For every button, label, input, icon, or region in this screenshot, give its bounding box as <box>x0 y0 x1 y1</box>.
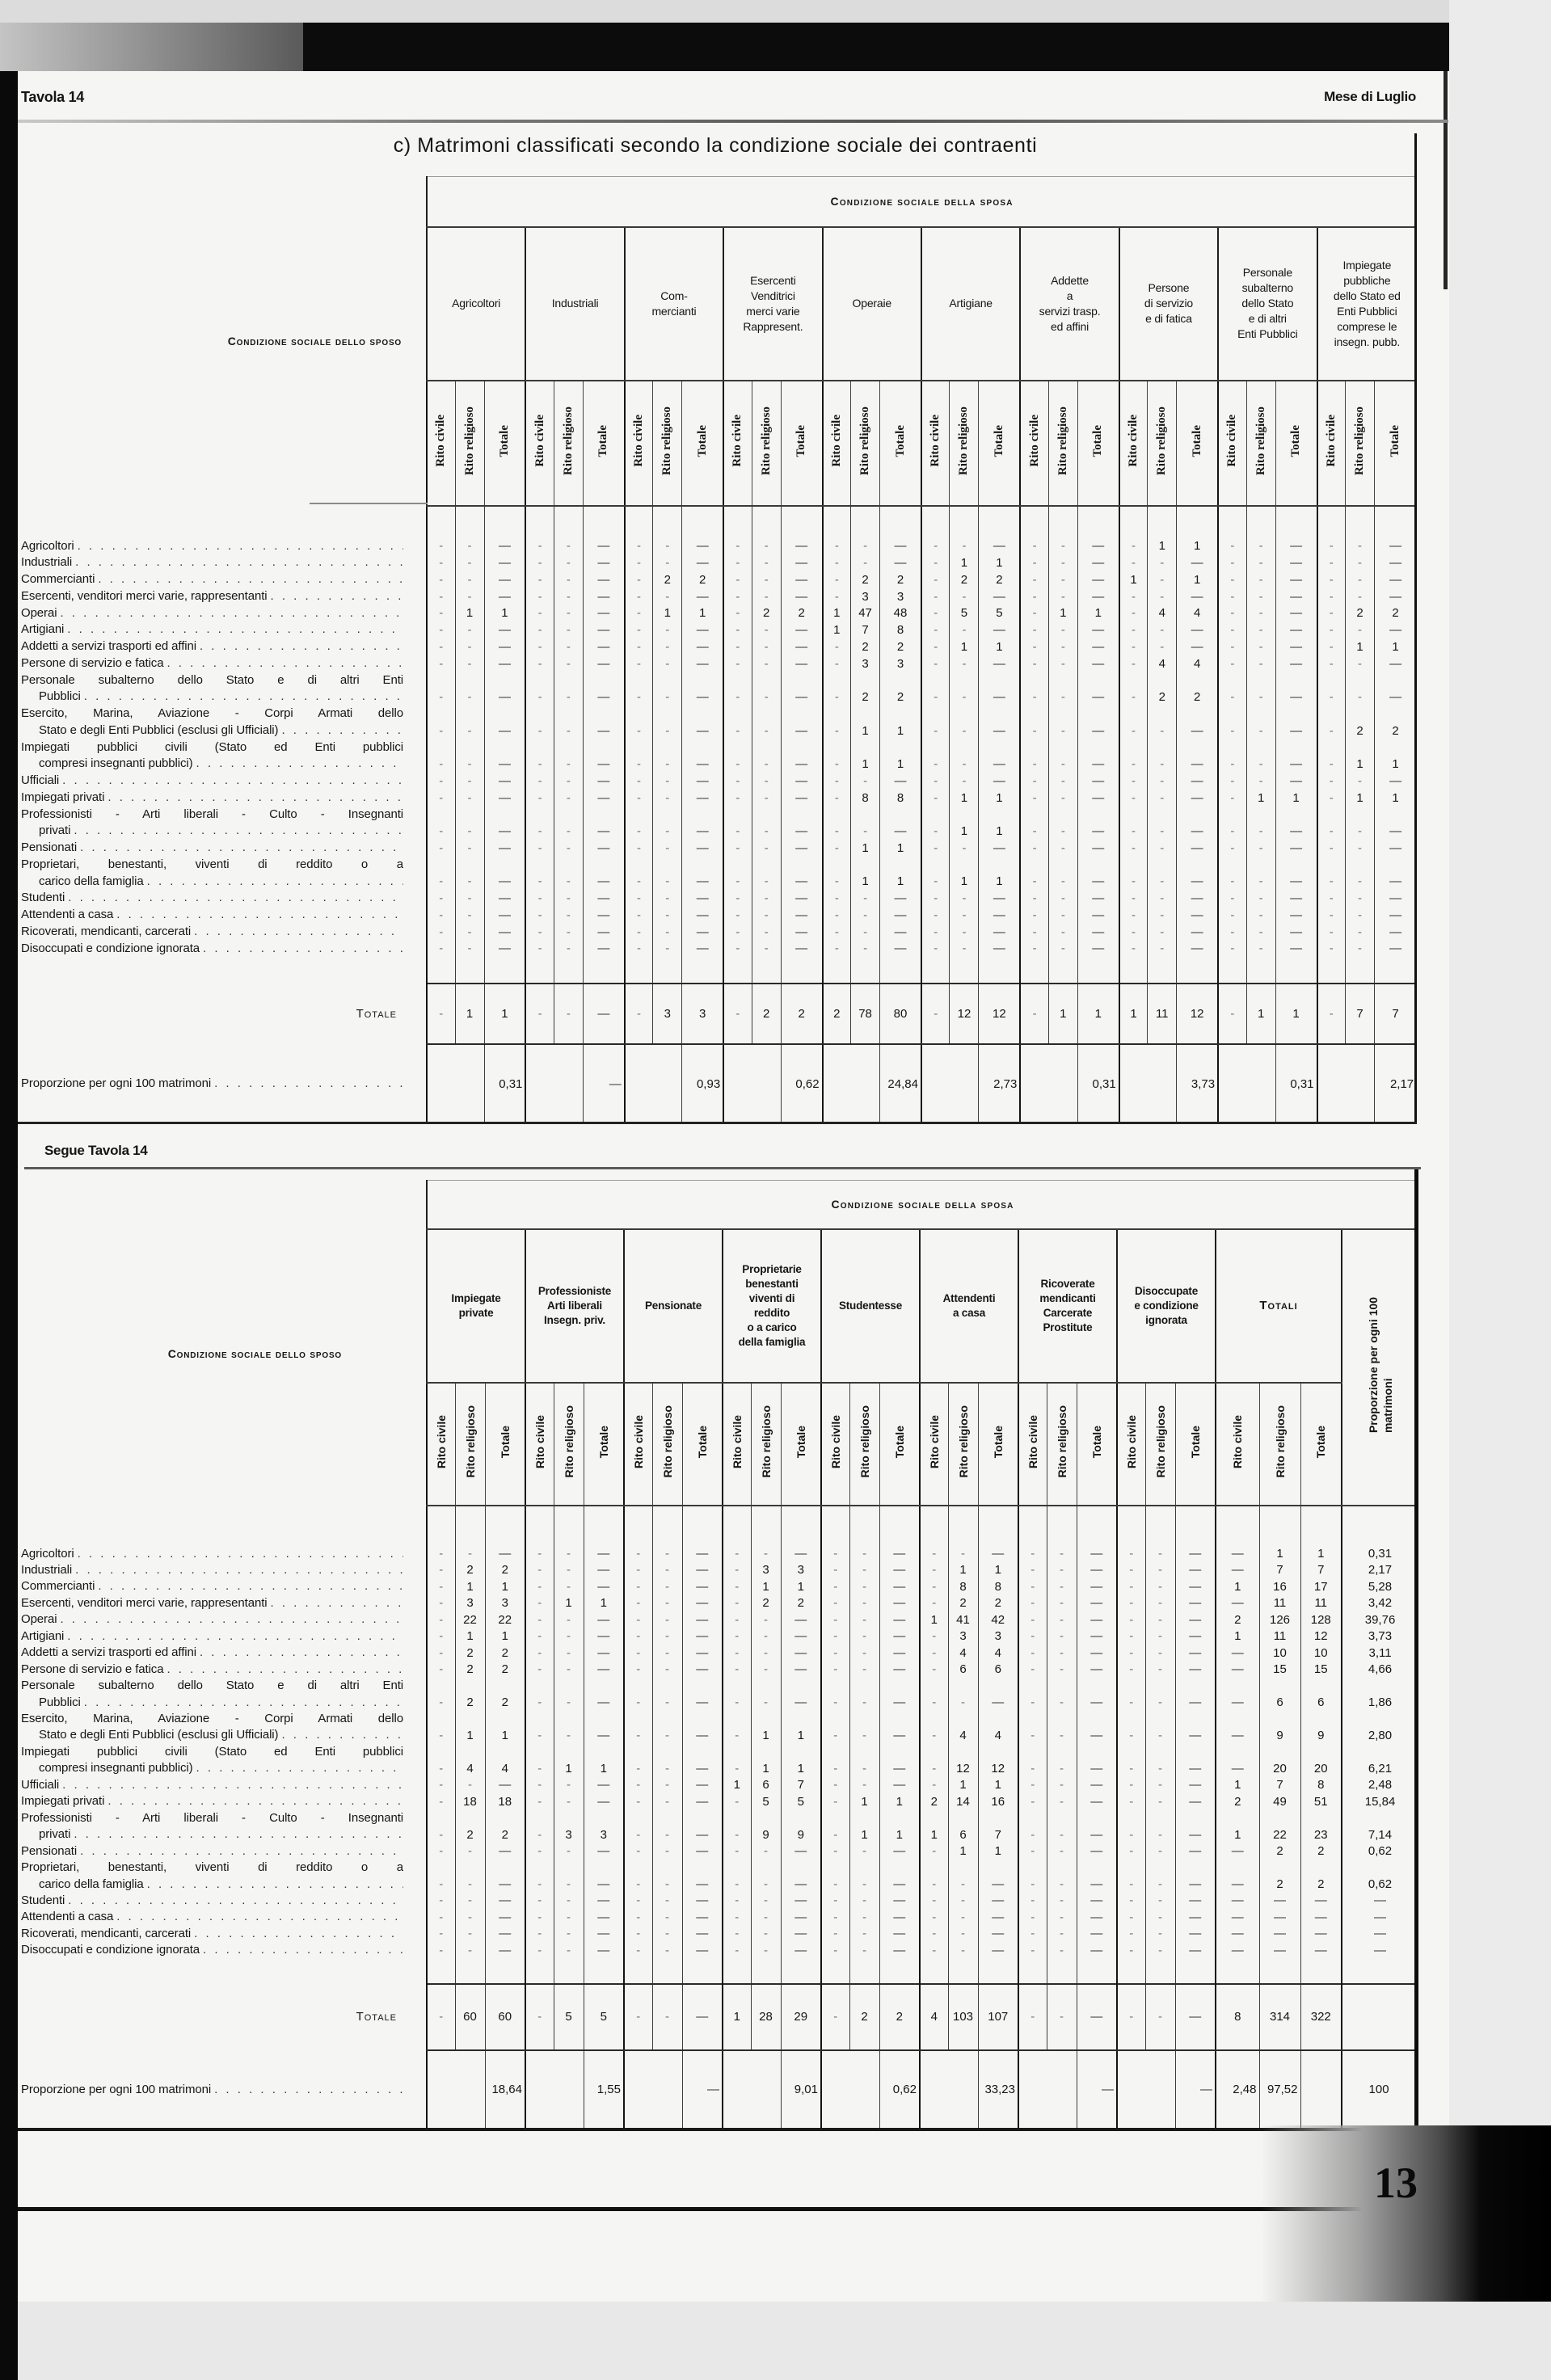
cell-rito-religioso: - <box>950 706 979 739</box>
cell-rito-religioso: - <box>455 890 484 907</box>
cell-totale: — <box>583 924 624 941</box>
cell-totale: — <box>682 1711 723 1744</box>
cell-totale: 3 <box>880 588 921 605</box>
cell-rito-religioso: - <box>652 1909 682 1925</box>
row-label-text: Industriali <box>21 1562 72 1578</box>
cell-rito-civile: - <box>823 638 851 655</box>
cell-totale: — <box>584 1562 624 1578</box>
cell-totale: — <box>879 1562 920 1578</box>
cell-totale: — <box>682 1678 723 1711</box>
cell-totale: — <box>781 1893 821 1909</box>
cell-spacer <box>1177 506 1218 538</box>
cell-rito-religioso: - <box>751 1611 781 1628</box>
cell-rito-religioso: - <box>1047 1777 1077 1793</box>
cell-totale: — <box>584 1711 624 1744</box>
cell-rito-religioso: - <box>653 807 682 840</box>
cell-totale: 12 <box>978 1744 1018 1777</box>
cell-rito-civile: - <box>920 1562 948 1578</box>
row-label-line: privati <box>21 823 403 840</box>
subheader-rito-civile: Rito civile <box>625 381 653 506</box>
cell-rito-civile: - <box>1117 1595 1145 1611</box>
cell-totale: — <box>781 1942 821 1958</box>
row-proportion: — <box>1342 1893 1418 1909</box>
cell-rito-civile: - <box>823 706 851 739</box>
column-group-header: Proprietarie benestanti viventi di reddi… <box>723 1229 821 1383</box>
cell-totale: — <box>879 1595 920 1611</box>
total-cell-rito-religioso: - <box>652 1984 682 2050</box>
total-cell-totale: — <box>682 1984 723 2050</box>
cell-rito-civile: - <box>1317 857 1346 891</box>
row-total-rito-civile: 1 <box>1216 1578 1259 1594</box>
cell-totale: 9 <box>781 1810 821 1843</box>
cell-totale: — <box>1077 890 1119 907</box>
cell-spacer <box>1259 1506 1300 1546</box>
cell-totale: — <box>979 840 1020 857</box>
cell-rito-religioso: - <box>554 588 583 605</box>
subheader-rito-religioso: Rito religioso <box>455 381 484 506</box>
row-label-line: Esercito, Marina, Aviazione - Corpi Arma… <box>21 1711 403 1727</box>
cell-rito-religioso: 4 <box>948 1645 978 1661</box>
cell-rito-civile: - <box>1117 1810 1145 1843</box>
row-label-text: Impiegati pubblici civili (Stato ed Enti… <box>21 1745 403 1759</box>
cell-rito-civile: - <box>821 1744 849 1777</box>
cell-rito-civile: - <box>427 554 455 571</box>
scan-dark-corner <box>1261 2125 1551 2302</box>
subheader-rito-civile: Rito civile <box>821 1383 849 1506</box>
row-label-line: Agricoltori <box>21 1546 403 1562</box>
cell-rito-civile: - <box>624 1744 652 1777</box>
cell-rito-civile: - <box>1119 840 1148 857</box>
scan-top-shadow <box>0 23 303 71</box>
table-top-container: Condizione sociale dello sposoCondizione… <box>16 176 1416 1123</box>
column-group-header: Industriali <box>525 227 624 381</box>
total-cell-rito-religioso: 60 <box>455 1984 485 2050</box>
cell-rito-religioso: - <box>851 907 880 924</box>
cell-rito-religioso: - <box>455 739 484 773</box>
cell-totale: — <box>682 1595 723 1611</box>
cell-rito-civile: - <box>525 1909 554 1925</box>
cell-rito-religioso: - <box>1148 840 1177 857</box>
cell-rito-religioso: - <box>1346 621 1375 638</box>
cell-rito-religioso: - <box>653 538 682 555</box>
cell-rito-civile: - <box>1317 605 1346 622</box>
cell-rito-religioso: - <box>554 1893 584 1909</box>
total-cell-totale: 1 <box>1275 984 1317 1044</box>
cell-rito-religioso: - <box>1048 554 1077 571</box>
subheader-text: Totale <box>992 1426 1005 1458</box>
cell-spacer <box>879 1506 920 1546</box>
cell-rito-civile: - <box>427 807 455 840</box>
cell-rito-civile: - <box>624 1926 652 1942</box>
cell-totale: — <box>781 1645 821 1661</box>
cell-rito-religioso: 5 <box>751 1793 781 1809</box>
cell-spacer <box>851 506 880 538</box>
cell-rito-civile: - <box>625 538 653 555</box>
cell-rito-civile: - <box>723 571 752 588</box>
cell-rito-religioso: - <box>455 941 484 958</box>
group-label: Professioniste Arti liberali Insegn. pri… <box>538 1285 611 1326</box>
proportion-cell: — <box>1077 2050 1117 2129</box>
cell-totale: — <box>682 890 723 907</box>
cell-totale: 42 <box>978 1611 1018 1628</box>
row-proportion: 2,48 <box>1342 1777 1418 1793</box>
proportion-blank <box>1317 1044 1375 1123</box>
proportion-blank <box>624 2050 682 2129</box>
cell-rito-civile: - <box>625 857 653 891</box>
cell-rito-civile: - <box>427 1628 455 1645</box>
cell-totale: — <box>484 907 525 924</box>
cell-rito-civile: - <box>823 790 851 807</box>
cell-spacer <box>1020 506 1048 538</box>
cell-totale: — <box>682 672 723 706</box>
row-label-line: Ufficiali <box>21 1777 403 1793</box>
cell-rito-civile: - <box>525 1860 554 1893</box>
cell-spacer <box>723 1959 751 1984</box>
cell-spacer <box>1300 1959 1342 1984</box>
cell-spacer <box>1342 1959 1418 1984</box>
cell-rito-religioso: 6 <box>751 1777 781 1793</box>
cell-totale: 1 <box>1375 790 1417 807</box>
cell-rito-religioso: - <box>1047 1793 1077 1809</box>
cell-rito-religioso: - <box>1047 1578 1077 1594</box>
cell-totale: — <box>584 1893 624 1909</box>
cell-rito-religioso: - <box>849 1645 879 1661</box>
stub-header: Condizione sociale dello sposo <box>16 1181 427 1506</box>
cell-rito-civile: - <box>1018 1578 1047 1594</box>
cell-totale: — <box>583 857 624 891</box>
row-proportion: — <box>1342 1942 1418 1958</box>
cell-totale: — <box>485 1893 525 1909</box>
cell-rito-civile: - <box>1018 1744 1047 1777</box>
cell-totale: — <box>484 773 525 790</box>
cell-spacer <box>583 957 624 984</box>
cell-rito-civile: - <box>823 655 851 672</box>
column-group-header: Impiegate private <box>427 1229 525 1383</box>
proportion-blank <box>1020 1044 1077 1123</box>
cell-totale: — <box>781 1909 821 1925</box>
cell-rito-religioso: 1 <box>1148 538 1177 555</box>
cell-rito-religioso: - <box>1246 907 1275 924</box>
total-label: Totale <box>16 1984 427 2050</box>
row-label-text: Pensionati <box>21 1843 77 1860</box>
cell-totale: — <box>1077 1744 1117 1777</box>
row-total-rito-religioso: 126 <box>1259 1611 1300 1628</box>
table-row: Esercito, Marina, Aviazione - Corpi Arma… <box>16 706 1416 739</box>
cell-rito-religioso: - <box>554 621 583 638</box>
row-label-line: Personale subalterno dello Stato e di al… <box>21 672 403 689</box>
row-label-line: Impiegati privati <box>21 1793 403 1809</box>
cell-totale: — <box>583 588 624 605</box>
row-label-line: Personale subalterno dello Stato e di al… <box>21 1678 403 1694</box>
table-row: Attendenti a casa--—--—--—--—--—--—--—--… <box>16 1909 1418 1925</box>
row-total-totale: 2 <box>1300 1860 1342 1893</box>
cell-rito-civile: - <box>624 1777 652 1793</box>
cell-rito-civile: - <box>821 1562 849 1578</box>
cell-totale: — <box>485 1942 525 1958</box>
cell-totale: — <box>682 1578 723 1594</box>
cell-rito-religioso: - <box>652 1578 682 1594</box>
cell-rito-civile: - <box>723 907 752 924</box>
cell-rito-civile: - <box>1117 1942 1145 1958</box>
cell-totale: 2 <box>485 1645 525 1661</box>
subheader-text: Totale <box>894 425 908 457</box>
cell-rito-religioso: - <box>1346 773 1375 790</box>
subheader-text: Rito religioso <box>1155 406 1169 475</box>
table-row: Personale subalterno dello Stato e di al… <box>16 672 1416 706</box>
cell-rito-civile: - <box>1117 1777 1145 1793</box>
cell-rito-religioso: - <box>554 840 583 857</box>
cell-totale: — <box>880 807 921 840</box>
cell-rito-civile: - <box>1218 588 1246 605</box>
cell-rito-religioso: - <box>1246 554 1275 571</box>
row-label: Operai <box>16 1611 427 1628</box>
cell-totale: — <box>1375 538 1417 555</box>
subheader-totale: Totale <box>1300 1383 1342 1506</box>
proportion-label-line: Proporzione per ogni 100 matrimoni <box>21 2082 403 2098</box>
cell-rito-civile: - <box>921 907 950 924</box>
subheader-text: Rito religioso <box>760 1405 773 1477</box>
cell-rito-civile: - <box>1218 739 1246 773</box>
cell-totale: — <box>781 1611 821 1628</box>
cell-rito-civile: - <box>1020 840 1048 857</box>
row-proportion: 0,62 <box>1342 1843 1418 1860</box>
proportion-label-line: Proporzione per ogni 100 matrimoni <box>21 1076 403 1093</box>
cell-rito-civile: - <box>625 672 653 706</box>
row-total-rito-religioso: 22 <box>1259 1810 1300 1843</box>
cell-totale: 8 <box>880 790 921 807</box>
cell-rito-religioso: - <box>455 790 484 807</box>
cell-rito-religioso: - <box>652 1926 682 1942</box>
cell-rito-religioso: - <box>455 638 484 655</box>
row-total-rito-religioso: 7 <box>1259 1562 1300 1578</box>
row-label-line: compresi insegnanti pubblici) <box>21 1760 403 1776</box>
cell-totale: 2 <box>485 1678 525 1711</box>
table-top-right-border <box>1414 133 1417 1123</box>
cell-totale: — <box>682 538 723 555</box>
cell-rito-civile: - <box>1018 1926 1047 1942</box>
total-row: Totale-11--—-33-2227880-1212-1111112-11-… <box>16 984 1416 1044</box>
row-label-text: Esercito, Marina, Aviazione - Corpi Arma… <box>21 1712 403 1725</box>
cell-totale: — <box>1077 1628 1117 1645</box>
cell-totale: — <box>583 672 624 706</box>
cell-totale: — <box>584 1662 624 1678</box>
cell-rito-civile: - <box>525 1678 554 1711</box>
subheader-rito-religioso: Rito religioso <box>1047 1383 1077 1506</box>
column-group-header: Disoccupate e condizione ignorata <box>1117 1229 1216 1383</box>
cell-rito-civile: - <box>525 538 554 555</box>
cell-rito-religioso: - <box>1048 655 1077 672</box>
cell-rito-civile: - <box>625 790 653 807</box>
cell-totale: — <box>1077 1678 1117 1711</box>
cell-totale: — <box>1275 907 1317 924</box>
cell-totale: — <box>781 807 822 840</box>
group-label: Impiegate private <box>451 1292 500 1319</box>
cell-rito-religioso: - <box>1246 857 1275 891</box>
cell-rito-religioso: - <box>554 1942 584 1958</box>
row-proportion: 4,66 <box>1342 1662 1418 1678</box>
row-total-rito-religioso: 20 <box>1259 1744 1300 1777</box>
total-cell-totale: — <box>1077 1984 1117 2050</box>
cell-totale: — <box>1077 807 1119 840</box>
cell-totale: — <box>682 907 723 924</box>
cell-rito-religioso: - <box>554 1711 584 1744</box>
cell-totale: — <box>1077 907 1119 924</box>
cell-rito-civile: - <box>625 924 653 941</box>
subheader-text: Rito religioso <box>1154 1405 1167 1477</box>
cell-totale: — <box>1077 621 1119 638</box>
subheader-text: Totale <box>696 1426 709 1458</box>
subheader-text: Totale <box>794 425 808 457</box>
subheader-text: Rito civile <box>830 415 844 467</box>
cell-rito-civile: - <box>427 1909 455 1925</box>
cell-rito-religioso: - <box>950 588 979 605</box>
cell-totale: — <box>682 773 723 790</box>
scan-left-black-edge <box>0 71 18 2380</box>
cell-rito-religioso: - <box>554 1909 584 1925</box>
total-cell-rito-civile: 1 <box>723 1984 751 2050</box>
cell-rito-civile: - <box>1117 1926 1145 1942</box>
cell-totale: 4 <box>978 1645 1018 1661</box>
cell-totale: — <box>584 1645 624 1661</box>
total-cell-rito-civile: - <box>821 1984 849 2050</box>
stub-header-text: Condizione sociale dello sposo <box>228 335 402 348</box>
cell-rito-religioso: 1 <box>948 1562 978 1578</box>
row-label-line: Persone di servizio e fatica <box>21 1662 403 1678</box>
cell-totale: 1 <box>485 1578 525 1594</box>
cell-totale: — <box>1077 554 1119 571</box>
cell-rito-civile: - <box>821 1578 849 1594</box>
cell-totale: 3 <box>781 1562 821 1578</box>
subheader-rito-civile: Rito civile <box>1317 381 1346 506</box>
cell-rito-religioso: - <box>849 1595 879 1611</box>
cell-rito-civile: - <box>1117 1546 1145 1562</box>
table-row: Proprietari, benestanti, viventi di redd… <box>16 857 1416 891</box>
cell-rito-civile: - <box>1018 1546 1047 1562</box>
row-label-text: Proprietari, benestanti, viventi di redd… <box>21 1860 403 1874</box>
cell-spacer <box>427 957 455 984</box>
cell-rito-religioso: - <box>1246 605 1275 622</box>
cell-rito-civile: - <box>921 672 950 706</box>
cell-totale: 4 <box>1177 655 1218 672</box>
row-label-line: Addetti a servizi trasporti ed affini <box>21 1645 403 1661</box>
cell-rito-civile: - <box>1020 941 1048 958</box>
row-total-rito-civile: 1 <box>1216 1628 1259 1645</box>
cell-rito-religioso: - <box>1145 1546 1175 1562</box>
cell-totale: — <box>879 1926 920 1942</box>
cell-rito-religioso: 1 <box>851 857 880 891</box>
group-label: Ricoverate mendicanti Carcerate Prostitu… <box>1039 1278 1095 1333</box>
cell-totale: — <box>583 706 624 739</box>
cell-totale: — <box>1275 588 1317 605</box>
subheader-rito-religioso: Rito religioso <box>851 381 880 506</box>
cell-spacer <box>920 1959 948 1984</box>
row-label-line: Persone di servizio e fatica <box>21 655 403 672</box>
cell-rito-religioso: - <box>849 1546 879 1562</box>
cell-rito-religioso: - <box>1346 538 1375 555</box>
cell-spacer <box>921 506 950 538</box>
cell-rito-religioso: - <box>950 621 979 638</box>
cell-rito-civile: - <box>821 1628 849 1645</box>
total-cell-rito-religioso: 1 <box>1246 984 1275 1044</box>
cell-rito-religioso: 2 <box>455 1678 485 1711</box>
row-label-line: Attendenti a casa <box>21 1909 403 1925</box>
subheader-totale: Totale <box>584 1383 624 1506</box>
table-row: Personale subalterno dello Stato e di al… <box>16 1678 1418 1711</box>
cell-rito-civile: - <box>525 706 554 739</box>
column-group-header: Esercenti Venditrici merci varie Rappres… <box>723 227 822 381</box>
subheader-rito-civile: Rito civile <box>1117 1383 1145 1506</box>
subheader-totale: Totale <box>879 1383 920 1506</box>
row-total-rito-civile: — <box>1216 1546 1259 1562</box>
cell-totale: — <box>1177 840 1218 857</box>
cell-rito-religioso: 7 <box>851 621 880 638</box>
cell-rito-religioso: - <box>849 1562 879 1578</box>
column-group-header: Impiegate pubbliche dello Stato ed Enti … <box>1317 227 1417 381</box>
cell-totale: — <box>781 941 822 958</box>
cell-rito-civile: - <box>1020 807 1048 840</box>
cell-totale: — <box>1275 605 1317 622</box>
cell-rito-religioso: 8 <box>851 790 880 807</box>
row-label-line: Professionisti - Arti liberali - Culto -… <box>21 807 403 824</box>
subheader-text: Rito religioso <box>464 1405 477 1477</box>
cell-totale: — <box>978 1926 1018 1942</box>
table-body: Agricoltori--—--—--—--—--—--—--—--——110,… <box>16 1506 1418 2129</box>
row-label-text: Impiegati privati <box>21 1793 104 1809</box>
row-total-rito-civile: 2 <box>1216 1611 1259 1628</box>
subheader-text: Rito religioso <box>858 1405 871 1477</box>
cell-rito-civile: - <box>1119 807 1148 840</box>
table-row: Impiegati pubblici civili (Stato ed Enti… <box>16 739 1416 773</box>
cell-totale: — <box>584 1909 624 1925</box>
cell-rito-civile: - <box>1018 1662 1047 1678</box>
stub-spacer <box>16 957 427 984</box>
row-label-text: Industriali <box>21 554 72 571</box>
proportion-cell: 33,23 <box>978 2050 1018 2129</box>
cell-rito-civile: - <box>920 1711 948 1744</box>
subheader-text: Rito civile <box>1231 1415 1244 1468</box>
cell-rito-religioso: - <box>455 554 484 571</box>
cell-totale: 3 <box>978 1628 1018 1645</box>
cell-rito-religioso: - <box>1148 924 1177 941</box>
subheader-rito-civile: Rito civile <box>921 381 950 506</box>
cell-rito-civile: - <box>625 605 653 622</box>
subheader-rito-civile: Rito civile <box>1018 1383 1047 1506</box>
row-label-text: Agricoltori <box>21 538 74 555</box>
subheader-text: Rito religioso <box>1056 1405 1068 1477</box>
cell-rito-religioso: - <box>1246 739 1275 773</box>
cell-rito-religioso: - <box>1048 907 1077 924</box>
cell-rito-civile: - <box>624 1611 652 1628</box>
cell-spacer <box>948 1959 978 1984</box>
cell-rito-civile: - <box>821 1893 849 1909</box>
cell-rito-religioso: - <box>652 1611 682 1628</box>
cell-totale: — <box>583 739 624 773</box>
cell-rito-civile: - <box>427 840 455 857</box>
table-row: Operai-2222--—--—--—--—14142--—--—212612… <box>16 1611 1418 1628</box>
cell-rito-religioso: - <box>849 1909 879 1925</box>
cell-rito-civile: - <box>823 538 851 555</box>
cell-totale: 2 <box>880 638 921 655</box>
cell-totale: — <box>1077 840 1119 857</box>
cell-rito-civile: - <box>1119 857 1148 891</box>
cell-totale: — <box>879 1578 920 1594</box>
cell-rito-civile: - <box>624 1578 652 1594</box>
cell-totale: — <box>1077 1645 1117 1661</box>
proportion-blank <box>525 1044 583 1123</box>
cell-rito-civile: - <box>1117 1909 1145 1925</box>
cell-rito-civile: - <box>920 1645 948 1661</box>
cell-rito-civile: - <box>823 941 851 958</box>
